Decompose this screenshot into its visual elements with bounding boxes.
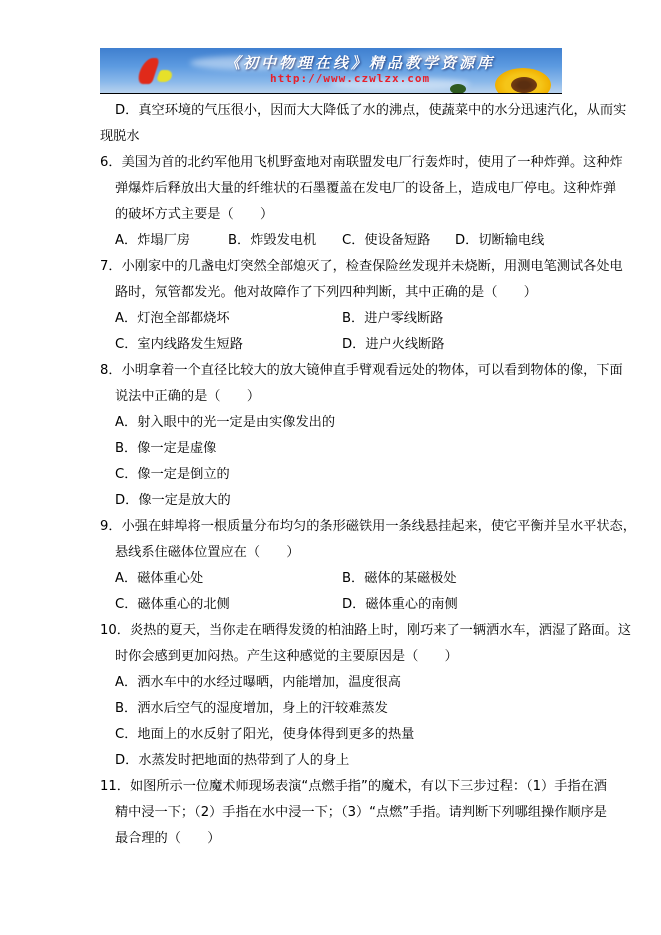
option-d: D．切断输电线 xyxy=(455,228,544,254)
option-c: C．使设备短路 xyxy=(342,228,455,254)
question-11: 11．如图所示一位魔术师现场表演“点燃手指”的魔术，有以下三步过程：（1）手指在… xyxy=(100,774,570,852)
option-a: A．炸塌厂房 xyxy=(115,228,228,254)
question-stem-line: 悬线系住磁体位置应在（ ） xyxy=(100,540,570,566)
prev-option-d-line2: 现脱水 xyxy=(100,124,570,150)
document-body: D．真空环境的气压很小，因而大大降低了水的沸点，使蔬菜中的水分迅速汽化，从而实 … xyxy=(100,98,570,852)
question-6: 6．美国为首的北约军他用飞机野蛮地对南联盟发电厂行轰炸时，使用了一种炸弹。这种炸… xyxy=(100,150,570,254)
question-stem-line: 说法中正确的是（ ） xyxy=(100,384,570,410)
option-a: A．洒水车中的水经过曝晒，内能增加，温度很高 xyxy=(100,670,570,696)
question-stem-line: 7．小刚家中的几盏电灯突然全部熄灭了，检查保险丝发现并未烧断，用测电笔测试各处电 xyxy=(100,254,570,280)
question-stem-line: 弹爆炸后释放出大量的纤维状的石墨覆盖在发电厂的设备上，造成电厂停电。这种炸弹 xyxy=(100,176,570,202)
banner-title: 《初中物理在线》精品教学资源库 xyxy=(225,52,495,73)
option-d: D．水蒸发时把地面的热带到了人的身上 xyxy=(100,748,570,774)
options-row: A．磁体重心处 B．磁体的某磁极处 xyxy=(100,566,570,592)
option-d: D．像一定是放大的 xyxy=(100,488,570,514)
option-a: A．磁体重心处 xyxy=(115,566,342,592)
option-b: B．洒水后空气的湿度增加，身上的汗较难蒸发 xyxy=(100,696,570,722)
sunflower-icon xyxy=(495,68,551,93)
logo-accent-icon xyxy=(156,70,174,82)
question-stem-line: 8．小明拿着一个直径比较大的放大镜伸直手臂观看远处的物体，可以看到物体的像，下面 xyxy=(100,358,570,384)
option-b: B．磁体的某磁极处 xyxy=(342,566,569,592)
banner-url: http://www.czwlzx.com xyxy=(270,72,430,85)
question-9: 9．小强在蚌埠将一根质量分布均匀的条形磁铁用一条线悬挂起来，使它平衡并呈水平状态… xyxy=(100,514,570,618)
options-row: C．室内线路发生短路 D．进户火线断路 xyxy=(100,332,570,358)
header-divider xyxy=(100,93,562,94)
leaf-icon xyxy=(450,84,466,93)
question-stem-line: 9．小强在蚌埠将一根质量分布均匀的条形磁铁用一条线悬挂起来，使它平衡并呈水平状态… xyxy=(100,514,570,540)
question-stem-line: 路时，氖管都发光。他对故障作了下列四种判断，其中正确的是（ ） xyxy=(100,280,570,306)
option-a: A．射入眼中的光一定是由实像发出的 xyxy=(100,410,570,436)
option-c: C．磁体重心的北侧 xyxy=(115,592,342,618)
options-row: A．炸塌厂房 B．炸毁发电机 C．使设备短路 D．切断输电线 xyxy=(100,228,570,254)
question-stem-line: 11．如图所示一位魔术师现场表演“点燃手指”的魔术，有以下三步过程：（1）手指在… xyxy=(100,774,570,800)
question-7: 7．小刚家中的几盏电灯突然全部熄灭了，检查保险丝发现并未烧断，用测电笔测试各处电… xyxy=(100,254,570,358)
option-d: D．进户火线断路 xyxy=(342,332,569,358)
option-b: B．炸毁发电机 xyxy=(228,228,342,254)
options-row: A．灯泡全部都烧坏 B．进户零线断路 xyxy=(100,306,570,332)
option-b: B．像一定是虚像 xyxy=(100,436,570,462)
question-stem-line: 10．炎热的夏天，当你走在晒得发烫的柏油路上时，刚巧来了一辆洒水车，洒湿了路面。… xyxy=(100,618,570,644)
options-row: C．磁体重心的北侧 D．磁体重心的南侧 xyxy=(100,592,570,618)
option-c: C．地面上的水反射了阳光，使身体得到更多的热量 xyxy=(100,722,570,748)
question-stem-line: 时你会感到更加闷热。产生这种感觉的主要原因是（ ） xyxy=(100,644,570,670)
option-d: D．磁体重心的南侧 xyxy=(342,592,569,618)
prev-option-d-line1: D．真空环境的气压很小，因而大大降低了水的沸点，使蔬菜中的水分迅速汽化，从而实 xyxy=(100,98,570,124)
option-c: C．像一定是倒立的 xyxy=(100,462,570,488)
option-b: B．进户零线断路 xyxy=(342,306,569,332)
option-a: A．灯泡全部都烧坏 xyxy=(115,306,342,332)
question-stem-line: 最合理的（ ） xyxy=(100,826,570,852)
question-10: 10．炎热的夏天，当你走在晒得发烫的柏油路上时，刚巧来了一辆洒水车，洒湿了路面。… xyxy=(100,618,570,774)
question-8: 8．小明拿着一个直径比较大的放大镜伸直手臂观看远处的物体，可以看到物体的像，下面… xyxy=(100,358,570,514)
question-stem-line: 6．美国为首的北约军他用飞机野蛮地对南联盟发电厂行轰炸时，使用了一种炸弹。这种炸 xyxy=(100,150,570,176)
question-stem-line: 精中浸一下；（2）手指在水中浸一下；（3）“点燃”手指。请判断下列哪组操作顺序是 xyxy=(100,800,570,826)
question-stem-line: 的破坏方式主要是（ ） xyxy=(100,202,570,228)
header-banner: 《初中物理在线》精品教学资源库 http://www.czwlzx.com xyxy=(100,48,562,93)
option-c: C．室内线路发生短路 xyxy=(115,332,342,358)
